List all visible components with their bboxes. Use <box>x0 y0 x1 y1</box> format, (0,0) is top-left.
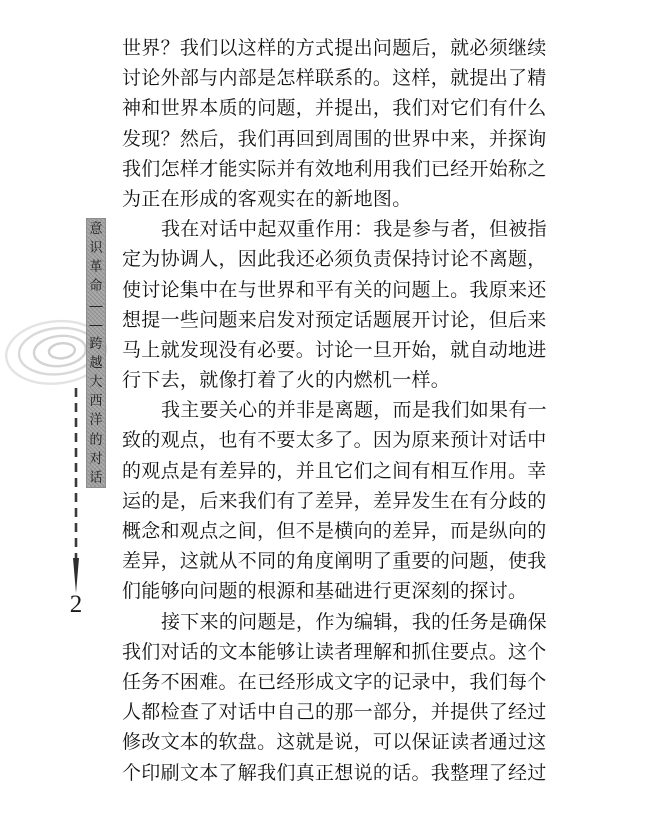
title-char: 意 <box>89 222 102 236</box>
text-line: 个印刷文本了解我们真正想说的话。我整理了经过 <box>122 759 552 789</box>
title-char: 革 <box>89 260 102 274</box>
text-line: 我主要关心的并非是离题，而是我们如果有一 <box>122 396 552 426</box>
text-line: 的观点是有差异的，并且它们之间有相互作用。幸 <box>122 457 552 487</box>
text-line: 世界？我们以这样的方式提出问题后，就必须继续 <box>122 34 552 64</box>
title-char: 的 <box>89 432 102 446</box>
title-char: 对 <box>89 451 102 465</box>
page-text: 世界？我们以这样的方式提出问题后，就必须继续 讨论外部与内部是怎样联系的。这样，… <box>122 34 552 789</box>
text-line: 讨论外部与内部是怎样联系的。这样，就提出了精 <box>122 64 552 94</box>
text-line: 定为协调人，因此我还必须负责保持讨论不离题， <box>122 245 552 275</box>
title-char: 命 <box>89 279 102 293</box>
title-char: 洋 <box>89 413 102 427</box>
text-line: 差异，这就从不同的角度阐明了重要的问题，使我 <box>122 547 552 577</box>
text-line: 修改文本的软盘。这就是说，可以保证读者通过这 <box>122 728 552 758</box>
text-line: 人都检查了对话中自己的那一部分，并提供了经过 <box>122 698 552 728</box>
title-char: 大 <box>89 375 102 389</box>
book-page: 意 识 革 命 — — 跨 越 大 西 洋 的 对 话 2 世界？我们以这样的方… <box>0 0 667 827</box>
text-line: 想提一些问题来启发对预定话题展开讨论，但后来 <box>122 306 552 336</box>
text-line: 任务不困难。在已经形成文字的记录中，我们每个 <box>122 668 552 698</box>
text-line: 致的观点，也有不要太多了。因为原来预计对话中 <box>122 426 552 456</box>
dashed-line-down-arrow <box>63 385 89 599</box>
title-dash: — <box>90 298 103 312</box>
text-line: 我们对话的文本能够让读者理解和抓住要点。这个 <box>122 638 552 668</box>
text-line: 接下来的问题是，作为编辑，我的任务是确保 <box>122 608 552 638</box>
text-line: 运的是，后来我们有了差异，差异发生在有分歧的 <box>122 487 552 517</box>
text-line: 们能够向问题的根源和基础进行更深刻的探讨。 <box>122 577 552 607</box>
title-char: 跨 <box>89 337 102 351</box>
text-line: 发现？然后，我们再回到周围的世界中来，并探询 <box>122 125 552 155</box>
text-line: 概念和观点之间，但不是横向的差异，而是纵向的 <box>122 517 552 547</box>
page-number: 2 <box>58 591 94 619</box>
text-line: 为正在形成的客观实在的新地图。 <box>122 185 552 215</box>
text-line: 行下去，就像打着了火的内燃机一样。 <box>122 366 552 396</box>
text-line: 马上就发现没有必要。讨论一旦开始，就自动地进 <box>122 336 552 366</box>
title-char: 话 <box>89 471 102 485</box>
title-char: 越 <box>89 356 102 370</box>
paragraph: 接下来的问题是，作为编辑，我的任务是确保 我们对话的文本能够让读者理解和抓住要点… <box>122 608 552 789</box>
text-line: 神和世界本质的问题，并提出，我们对它们有什么 <box>122 94 552 124</box>
paragraph: 我主要关心的并非是离题，而是我们如果有一 致的观点，也有不要太多了。因为原来预计… <box>122 396 552 607</box>
text-line: 我们怎样才能实际并有效地利用我们已经开始称之 <box>122 155 552 185</box>
text-line: 我在对话中起双重作用：我是参与者，但被指 <box>122 215 552 245</box>
book-title-strip: 意 识 革 命 — — 跨 越 大 西 洋 的 对 话 <box>86 218 106 488</box>
title-dash: — <box>90 317 103 331</box>
title-char: 西 <box>89 394 102 408</box>
paragraph: 世界？我们以这样的方式提出问题后，就必须继续 讨论外部与内部是怎样联系的。这样，… <box>122 34 552 215</box>
title-char: 识 <box>89 241 102 255</box>
paragraph: 我在对话中起双重作用：我是参与者，但被指 定为协调人，因此我还必须负责保持讨论不… <box>122 215 552 396</box>
text-line: 使讨论集中在与世界和平有关的问题上。我原来还 <box>122 276 552 306</box>
